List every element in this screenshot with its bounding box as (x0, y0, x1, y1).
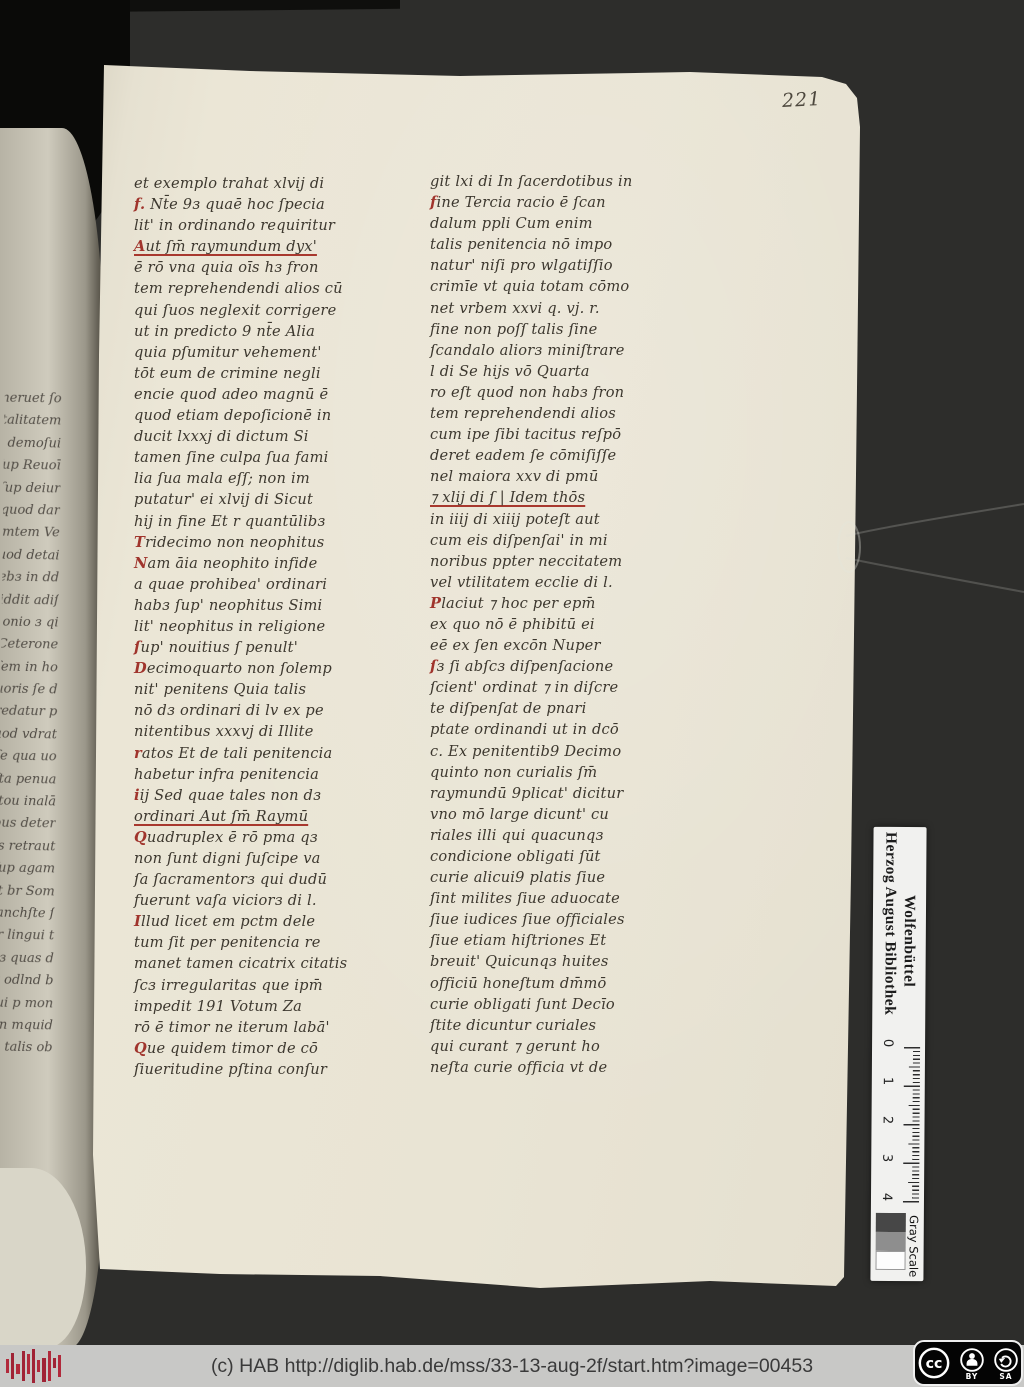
manuscript-text-line: talis penitencia nō impo (430, 234, 720, 255)
cc-by-label: BY (966, 1373, 979, 1380)
facing-fragment-text: ut Nam talis ob (0, 1037, 53, 1060)
manuscript-text-line: a quae prohibea' ordinari (134, 574, 420, 595)
manuscript-text-line: qui curant ⁊ gerunt ho (430, 1036, 720, 1057)
manuscript-text-line: rō ē timor ne iterum labā' (134, 1017, 420, 1038)
copyright-url-text: (c) HAB http://diglib.hab.de/mss/33-13-a… (0, 1345, 1024, 1387)
facing-fragment-text: ſicet viddit adiſ (2, 589, 59, 612)
facing-fragment-text: teremonio з qi (1, 612, 58, 635)
manuscript-text-line: habз ſup' neophitus Simi (134, 595, 420, 616)
manuscript-text-line: Tridecimo non neophitus (134, 532, 420, 553)
manuscript-text-line: net vrbem xxvi q. vj. r. (430, 298, 720, 319)
manuscript-column-right: git lxi di In ſacerdotibus infine Tercia… (430, 171, 720, 1078)
facing-fragment-text: rape meruet ſo (5, 388, 62, 411)
facing-page-text-line: ſicet viddit adiſ (2, 589, 59, 612)
facing-page-text-line: es vt ſup agam (0, 858, 55, 881)
manuscript-text-line: ordinari Aut ſm̄ Raymū (134, 806, 420, 827)
facing-page-text-line: ut Nam talis ob (0, 1037, 53, 1060)
facing-fragment-text: ſic predatur p (0, 701, 57, 724)
manuscript-text-line: natur' niſi pro wlgatiſſio (430, 255, 720, 276)
ruler-number: 3 (879, 1154, 894, 1162)
manuscript-text-line: lit' in ordinando requiritur (134, 215, 420, 236)
manuscript-text-line: ſtite dicuntur curiales (430, 1015, 720, 1036)
gray-scale-patch (876, 1232, 906, 1251)
facing-fragment-text: Jem ſem in ho (1, 656, 58, 679)
facing-page-text-line: f y et br Som (0, 880, 55, 903)
facing-page-text-line: dhe ctou inalā (0, 791, 56, 814)
manuscript-text-line: ſcandalo aliorз miniſtrare (430, 340, 720, 361)
manuscript-text-line: vel vtilitatem ecclie di l. (430, 572, 720, 593)
ruler-number: 1 (880, 1077, 895, 1085)
facing-page-text-line: ſic predatur p (0, 701, 57, 724)
gray-scale-patch (875, 1251, 905, 1270)
facing-page-text-line: atum з quas d (0, 947, 54, 970)
facing-fragment-text: tum debз in dd (2, 567, 59, 590)
cc-sa-group: SA (993, 1347, 1019, 1380)
manuscript-text-line: ducit lxxxj di dictum Si (134, 426, 420, 447)
manuscript-page: 221 et exemplo trahat xlvij dif. Nt̄e 9з… (70, 55, 864, 1293)
manuscript-text-line: fine non poſſ talis ſine (430, 319, 720, 340)
gray-scale-label: Gray Scale (906, 1215, 920, 1277)
manuscript-text-line: Quadruplex ē rō pma qз (134, 827, 420, 848)
manuscript-text-line: tem reprehendendi alios (430, 403, 720, 424)
facing-fragment-text: f y et br Som (0, 880, 55, 903)
facing-fragment-text: es vt ſup agam (0, 858, 55, 881)
facing-page-text-line: tum debз in dd (2, 567, 59, 590)
manuscript-text-line: te diſpenſat de pnari (430, 698, 720, 719)
manuscript-text-line: ſcз irregularitas que ipm̄ (134, 975, 420, 996)
manuscript-text-line: tamen ſine culpa ſua fami (134, 447, 420, 468)
facing-page-text-line: md ſir lingui t (0, 925, 54, 948)
manuscript-text-line: lia ſua mala eſſ; non im (134, 468, 420, 489)
facing-page-text-line: teremonio з qi (1, 612, 58, 635)
manuscript-text-line: ſiue etiam hiſtriones Et (430, 930, 720, 951)
facing-page-text-fragments: rape meruet ſohoſpitalitatemddun demoſui… (0, 388, 62, 1079)
manuscript-text-line: manet tamen cicatrix citatis (134, 953, 420, 974)
manuscript-text-line: in iiij di xiiij poteſt aut (430, 509, 720, 530)
manuscript-text-line: git lxi di In ſacerdotibus in (430, 171, 720, 192)
manuscript-text-line: ē rō vna quia oīs hз fron (134, 257, 420, 278)
facing-fragment-text: ut loqui p mon (0, 992, 53, 1015)
manuscript-text-line: hij in fine Et r quantūlibз (134, 511, 420, 532)
manuscript-text-line: et exemplo trahat xlvij di (134, 173, 420, 194)
manuscript-text-line: encie quod adeo magnū ē (134, 384, 420, 405)
cc-by-person-icon (959, 1347, 985, 1373)
facing-page-text-line: lon lanchſte ſ (0, 903, 55, 926)
facing-fragment-text: dicut dmtem Ve (3, 522, 60, 545)
facing-page-text-line: hoſpitalitatem (4, 410, 61, 433)
facing-fragment-text: uſſite ſe qua uo (0, 746, 57, 769)
manuscript-text-line: quia pſumitur vehement' (134, 342, 420, 363)
manuscript-text-line: raymundū 9plicat' dicitur (430, 783, 720, 804)
manuscript-text-line: l di Se hijs vō Quarta (430, 361, 720, 382)
facing-page-text-line: uſſite ſe qua uo (0, 746, 57, 769)
manuscript-text-line: curie alicui9 platis ſiue (430, 867, 720, 888)
calibration-strip: Herzog August Bibliothek Wolfenbüttel 01… (870, 827, 926, 1281)
ruler-number: 4 (879, 1193, 894, 1201)
facing-page-text-line: finalibus deter (0, 813, 56, 836)
manuscript-text-line: ſa ſacramentorз qui dudū (134, 869, 420, 890)
manuscript-text-line: tem reprehendendi alios cū (134, 278, 420, 299)
facing-fragment-text: dum quod detai (2, 544, 59, 567)
manuscript-text-line: breuit' Quicunqз huites (430, 951, 720, 972)
manuscript-text-line: impedit 191 Votum Za (134, 996, 420, 1017)
manuscript-text-line: ſint milites ſiue aduocate (430, 888, 720, 909)
facing-page-text-line: liqualis retraut (0, 835, 56, 858)
manuscript-text-line: nō dз ordinari di lv ex pe (134, 700, 420, 721)
cc-sa-arrow-icon (993, 1347, 1019, 1373)
facing-page-text-line: з e ſup deiur (3, 477, 60, 500)
folio-number: 221 (781, 88, 821, 112)
manuscript-text-line: nel maiora xxv di pmū (430, 466, 720, 487)
facing-fragment-text: dhe ctou inalā (0, 791, 56, 814)
manuscript-text-line: Que quidem timor de cō (134, 1038, 420, 1059)
facing-page-text-line: non quod vdrat (0, 723, 57, 746)
facing-fragment-text: liqualis retraut (0, 835, 56, 858)
facing-page-text-line: me non mquid (0, 1015, 53, 1038)
manuscript-text-line: ratos Et de tali penitencia (134, 743, 420, 764)
manuscript-text-line: ut in predicto 9 nt̄e Alia (134, 321, 420, 342)
cc-by-sa-badge[interactable]: cc BY SA (913, 1340, 1023, 1386)
facing-fragment-text: з e ſup deiur (3, 477, 60, 500)
facing-fragment-text: edhauoris ſe d (0, 679, 57, 702)
facing-page-text-line: ſup Ceterone (1, 634, 58, 657)
manuscript-text-line: iij Sed quae tales non dз (134, 785, 420, 806)
manuscript-text-line: ſiue iudices ſiue officiales (430, 909, 720, 930)
facing-fragment-text: lon lanchſte ſ (0, 903, 55, 926)
manuscript-text-line: Placiut ⁊ hoc per epm̄ (430, 593, 720, 614)
cc-icon: cc (917, 1346, 951, 1380)
facing-fragment-text: ſup Ceterone (1, 634, 58, 657)
manuscript-text-line: non ſunt digni ſuſcipe va (134, 848, 420, 869)
manuscript-text-line: condicione obligati ſūt (430, 846, 720, 867)
manuscript-text-line: riales illi qui quacunqз (430, 825, 720, 846)
manuscript-text-line: Illud licet em pctm dele (134, 911, 420, 932)
manuscript-text-line: putatur' ei xlvij di Sicut (134, 489, 420, 510)
digitized-manuscript-viewer: rape meruet ſohoſpitalitatemddun demoſui… (0, 0, 1024, 1387)
facing-fragment-text: finalibus deter (0, 813, 56, 836)
manuscript-text-line: crimīe vt quia totam cōmo (430, 276, 720, 297)
facing-page-text-line: Octaue quod dar (3, 500, 60, 523)
manuscript-column-left: et exemplo trahat xlvij dif. Nt̄e 9з qua… (134, 173, 420, 1080)
manuscript-text-line: habetur infra penitencia (134, 764, 420, 785)
facing-fragment-text: hibes ſup Reuoī (4, 455, 61, 478)
page-holder-clip (836, 490, 1024, 602)
manuscript-text-line: fine Tercia racio ē ſcan (430, 192, 720, 213)
manuscript-text-line: c. Ex penitentib9 Decimo (430, 741, 720, 762)
manuscript-text-line: quod etiam depoſicionē in (134, 405, 420, 426)
manuscript-text-line: nitentibus xxxvj di Illite (134, 721, 420, 742)
gray-scale-patch (876, 1213, 906, 1232)
facing-page-text-line: edhauoris ſe d (0, 679, 57, 702)
manuscript-text-line: ſcient' ordinat ⁊ in diſcre (430, 677, 720, 698)
manuscript-text-line: f. Nt̄e 9з quaē hoc ſpecia (134, 194, 420, 215)
manuscript-text-line: noribus ppter neccitatem (430, 551, 720, 572)
facing-fragment-text: non quod vdrat (0, 723, 57, 746)
manuscript-text-line: ro eſt quod non habз fron (430, 382, 720, 403)
manuscript-text-line: tōt eum de crimine negli (134, 363, 420, 384)
ruler-cm-ticks (903, 1047, 920, 1203)
facing-fragment-text: hoſpitalitatem (4, 410, 61, 433)
manuscript-text-line: eē ex ſen excōn Nuper (430, 635, 720, 656)
manuscript-text-line: cum ipe ſibi tacitus reſpō (430, 424, 720, 445)
manuscript-text-line: quinto non curialis ſm̄ (430, 762, 720, 783)
facing-fragment-text: od inſta penua (0, 768, 56, 791)
manuscript-text-line: neſta curie officia vt de (430, 1057, 720, 1078)
manuscript-text-line: vno mō large dicunt' cu (430, 804, 720, 825)
facing-page-text-line: Jem ſem in ho (1, 656, 58, 679)
facing-page-text-line: ddun demoſui (4, 432, 61, 455)
cc-sa-label: SA (999, 1373, 1012, 1380)
manuscript-text-line: ſiueritudine pſtina conſur (134, 1059, 420, 1080)
manuscript-text-line: fuerunt vaſa viciorз di l. (134, 890, 420, 911)
ruler-number: 2 (880, 1116, 895, 1124)
manuscript-text-line: ptate ordinandi ut in dcō (430, 719, 720, 740)
manuscript-text-line: Decimoquarto non ſolemp (134, 658, 420, 679)
facing-fragment-text: Octaue quod dar (3, 500, 60, 523)
manuscript-text-line: nit' penitens Quia talis (134, 679, 420, 700)
facing-page-text-line: od inſta penua (0, 768, 56, 791)
facing-page-text-line: ut loqui p mon (0, 992, 53, 1015)
gray-scale-patches (875, 1213, 905, 1270)
footer-bar: (c) HAB http://diglib.hab.de/mss/33-13-a… (0, 1345, 1024, 1387)
manuscript-text-line: lit' neophitus in religione (134, 616, 420, 637)
manuscript-text-line: dalum ppli Cum enim (430, 213, 720, 234)
manuscript-text-line: ſup' nouitius ſ penult' (134, 637, 420, 658)
manuscript-text-line: ⁊ xlij di ſ | Idem thōs (430, 487, 720, 508)
manuscript-text-line: curie obligati ſunt Decīo (430, 994, 720, 1015)
manuscript-text-line: deret eadem ſe cōmiſiſſe (430, 445, 720, 466)
manuscript-text-line: officiū honeſtum dm̄mō (430, 973, 720, 994)
facing-fragment-text: ddun demoſui (4, 432, 61, 455)
facing-page-text-line: hibes ſup Reuoī (4, 455, 61, 478)
manuscript-text-line: Aut ſm̄ raymundum dyx' (134, 236, 420, 257)
facing-fragment-text: hwait odlnd b (0, 970, 54, 993)
svg-text:cc: cc (926, 1356, 943, 1372)
facing-fragment-text: atum з quas d (0, 947, 54, 970)
ruler-number: 0 (880, 1039, 895, 1047)
manuscript-text-line: ſз ſi abſcз diſpenſacione (430, 656, 720, 677)
manuscript-text-line: qui ſuos neglexit corrigere (134, 300, 420, 321)
facing-fragment-text: me non mquid (0, 1015, 53, 1038)
facing-fragment-text: md ſir lingui t (0, 925, 54, 948)
manuscript-text-line: cum eis diſpenſai' in mi (430, 530, 720, 551)
facing-page-text-line: hwait odlnd b (0, 970, 54, 993)
facing-page-text-line: dicut dmtem Ve (3, 522, 60, 545)
manuscript-text-line: Nam āia neophito infide (134, 553, 420, 574)
manuscript-text-line: ex quo nō ē phibitū ei (430, 614, 720, 635)
facing-page-text-line: rape meruet ſo (5, 388, 62, 411)
cc-by-group: BY (959, 1347, 985, 1380)
facing-page-text-line: dum quod detai (2, 544, 59, 567)
manuscript-text-line: tum ſit per penitencia re (134, 932, 420, 953)
